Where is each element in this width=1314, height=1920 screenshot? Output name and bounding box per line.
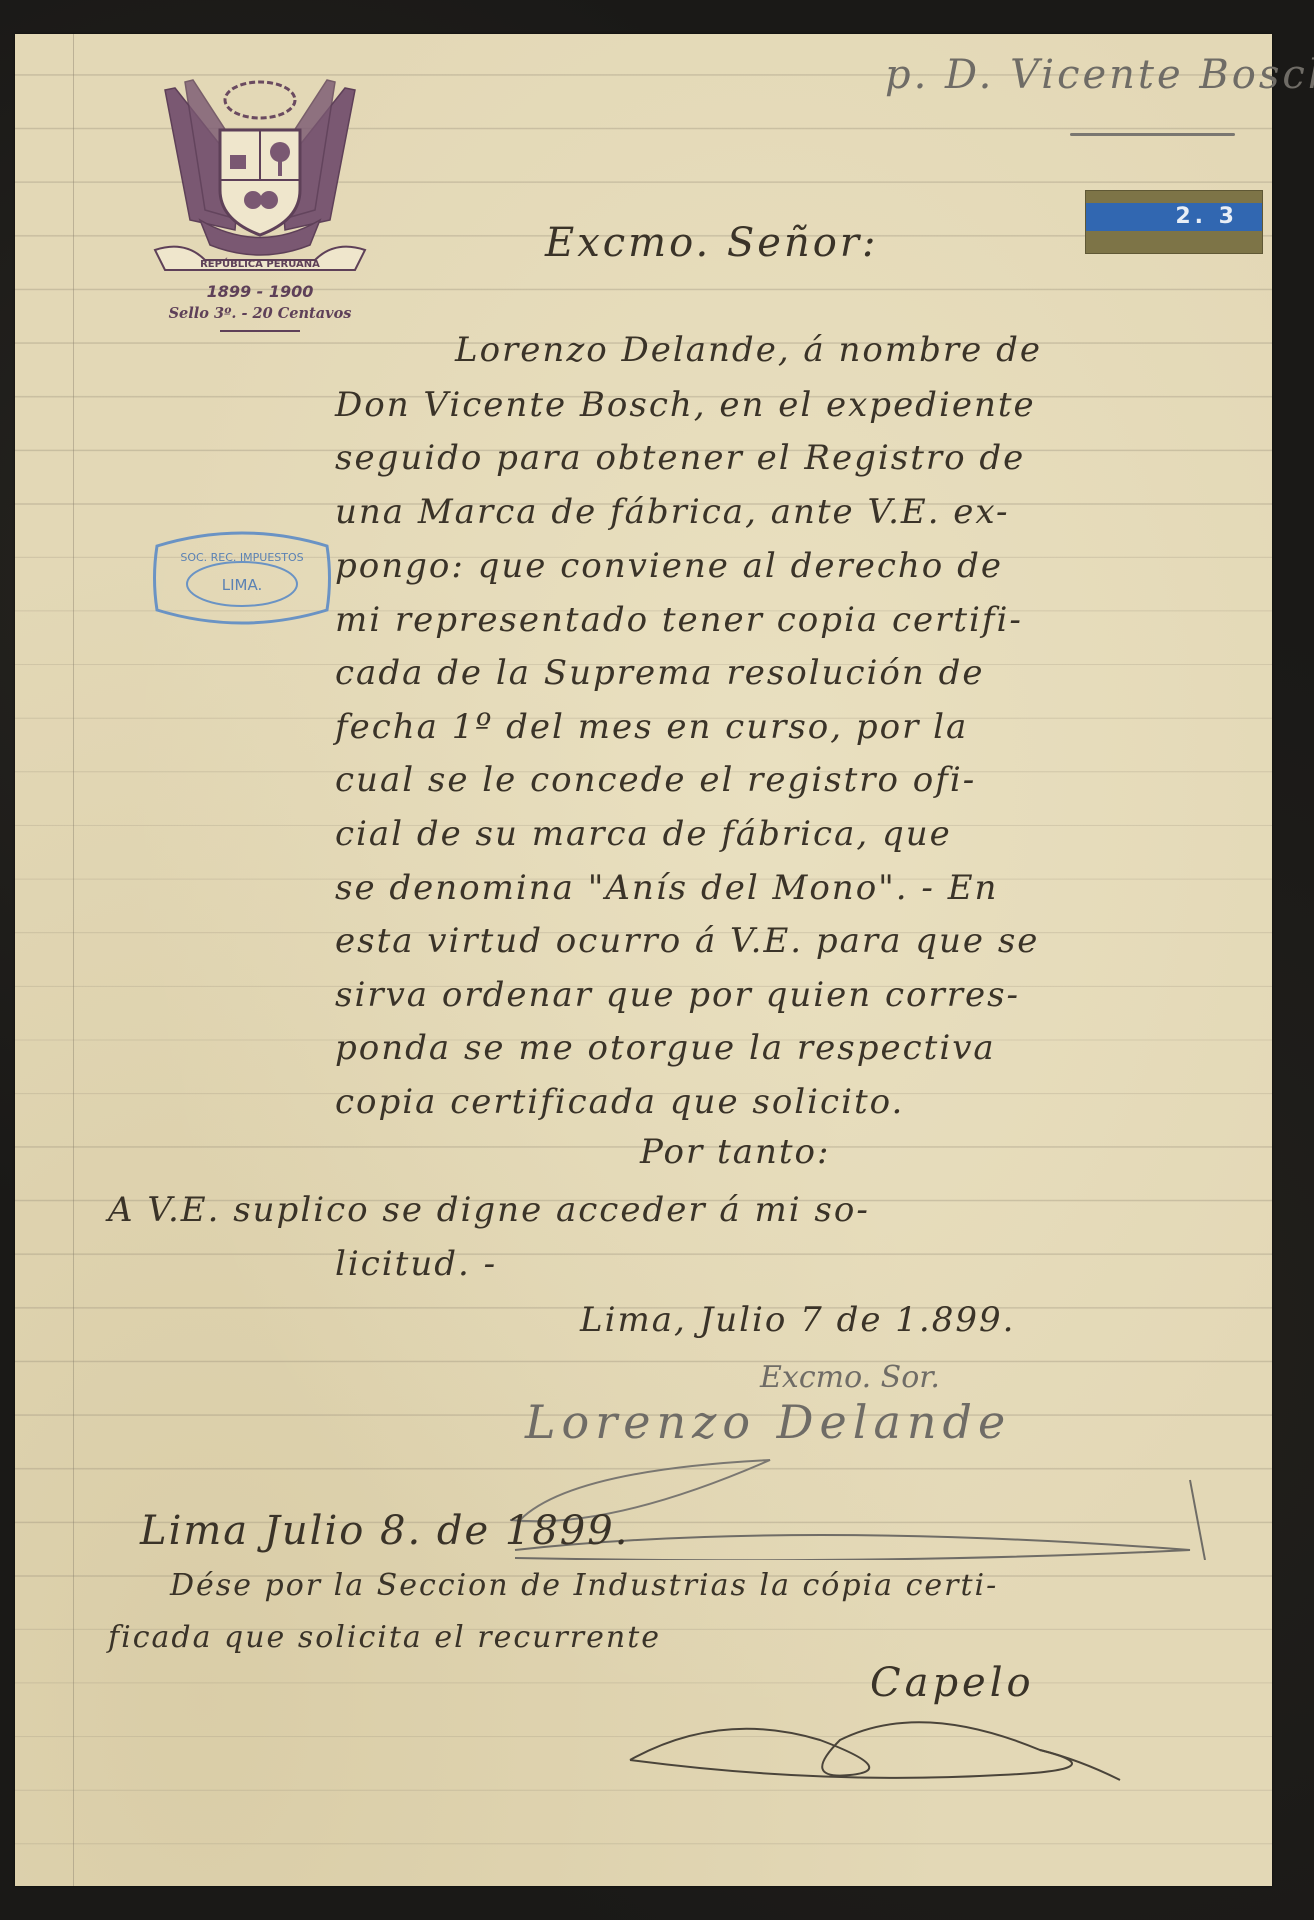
decree-flourish: [620, 1700, 1140, 1790]
decree-date: Lima Julio 8. de 1899.: [140, 1508, 629, 1554]
tax-stamp-icon: SOC. REC. IMPUESTOS LIMA.: [147, 526, 337, 630]
body-line: fecha 1º del mes en curso, por la: [335, 707, 968, 747]
annotation-underline: [1070, 133, 1235, 136]
archive-tag-band: 2. 3: [1086, 203, 1262, 231]
archive-tag-number: 2. 3: [1175, 203, 1238, 231]
pencil-annotation: p. D. Vicente Bosch: [885, 52, 1314, 98]
svg-text:SOC. REC. IMPUESTOS: SOC. REC. IMPUESTOS: [180, 551, 303, 564]
body-line: cual se le concede el registro ofi-: [335, 760, 976, 800]
body-line: esta virtud ocurro á V.E. para que se: [335, 921, 1039, 961]
body-line: sirva ordenar que por quien corres-: [335, 975, 1020, 1015]
peruvian-coat-of-arms-seal: REPÚBLICA PERUANA 1899 - 1900 Sello 3º. …: [135, 70, 385, 390]
place-date: Lima, Julio 7 de 1.899.: [580, 1300, 1015, 1340]
body-line: seguido para obtener el Registro de: [335, 438, 1025, 478]
body-line: copia certificada que solicito.: [335, 1082, 904, 1122]
decree-line: Dése por la Seccion de Industrias la cóp…: [170, 1568, 998, 1603]
decree-line: ficada que solicita el recurrente: [108, 1620, 661, 1655]
archive-tag: 2. 3: [1085, 190, 1263, 254]
body-line: se denomina "Anís del Mono". - En: [335, 868, 998, 908]
coat-of-arms-icon: REPÚBLICA PERUANA: [145, 70, 375, 280]
body-line: cada de la Suprema resolución de: [335, 653, 985, 693]
seal-rule: [220, 330, 300, 332]
body-line: Lorenzo Delande, á nombre de: [455, 330, 1042, 370]
body-line: Don Vicente Bosch, en el expediente: [335, 385, 1036, 425]
closing: Por tanto:: [640, 1132, 830, 1172]
request-line: licitud. -: [335, 1244, 497, 1284]
body-line: ponda se me otorgue la respectiva: [335, 1028, 996, 1068]
request-line: A V.E. suplico se digne acceder á mi so-: [108, 1190, 870, 1230]
salutation: Excmo. Señor:: [545, 220, 878, 266]
seal-value: Sello 3º. - 20 Centavos: [135, 305, 385, 322]
body-line: mi representado tener copia certifi-: [335, 600, 1023, 640]
body-line: una Marca de fábrica, ante V.E. ex-: [335, 492, 1010, 532]
body-line: pongo: que conviene al derecho de: [335, 546, 1003, 586]
tax-stamp: SOC. REC. IMPUESTOS LIMA.: [147, 526, 337, 630]
margin-line: [73, 34, 74, 1886]
body-line: cial de su marca de fábrica, que: [335, 814, 952, 854]
svg-text:LIMA.: LIMA.: [222, 576, 263, 594]
seal-years: 1899 - 1900: [135, 282, 385, 301]
svg-text:REPÚBLICA PERUANA: REPÚBLICA PERUANA: [200, 257, 320, 270]
